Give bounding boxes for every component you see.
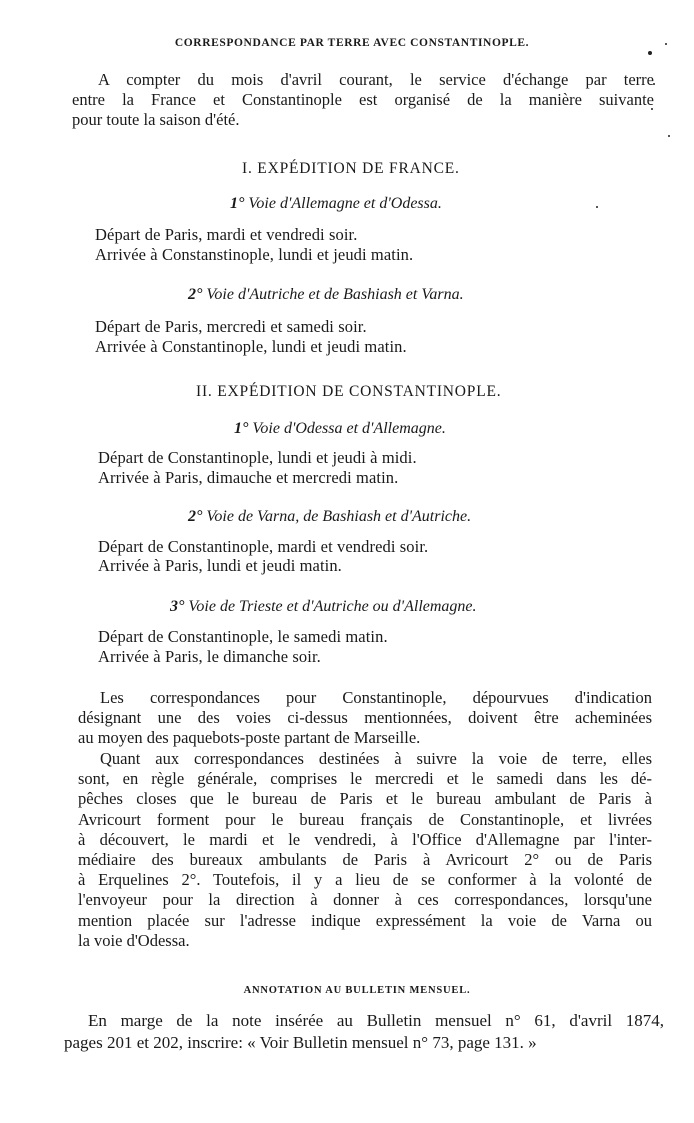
- scan-speck: [665, 43, 667, 45]
- annotation-paragraph: En marge de la note insérée au Bulletin …: [64, 1010, 664, 1054]
- scan-speck: [596, 206, 598, 208]
- paragraph-line: médiaire des bureaux ambulants de Paris …: [78, 850, 652, 870]
- scan-speck: [648, 51, 652, 55]
- paragraph-line: à découvert, le mardi et le vendredi, à …: [78, 830, 652, 850]
- arrival-line: Arrivée à Paris, le dimanche soir.: [98, 647, 321, 667]
- paragraph-line: au moyen des paquebots-poste partant de …: [78, 728, 652, 748]
- departure-line: Départ de Paris, mardi et vendredi soir.: [95, 225, 357, 245]
- route-number: 1°: [230, 195, 244, 212]
- arrival-line: Arrivée à Constanstinople, lundi et jeud…: [95, 245, 413, 265]
- paragraph-default-routing: Les correspondances pour Constantinople,…: [78, 688, 652, 749]
- route-name: Voie de Varna, de Bashiash et d'Autriche…: [206, 508, 471, 525]
- route-name: Voie d'Allemagne et d'Odessa.: [248, 195, 441, 212]
- route-title: 2° Voie de Varna, de Bashiash et d'Autri…: [188, 508, 471, 526]
- scan-speck: [653, 83, 655, 85]
- paragraph-line: pêches closes que le bureau de Paris et …: [78, 789, 652, 809]
- arrival-line: Arrivée à Paris, dimauche et mercredi ma…: [98, 468, 398, 488]
- arrival-line: Arrivée à Paris, lundi et jeudi matin.: [98, 556, 342, 576]
- route-number: 2°: [188, 286, 202, 303]
- section-2-title: II. EXPÉDITION DE CONSTANTINOPLE.: [196, 383, 501, 401]
- running-head: CORRESPONDANCE PAR TERRE AVEC CONSTANTIN…: [0, 37, 694, 49]
- paragraph-line: la voie d'Odessa.: [78, 931, 652, 951]
- arrival-line: Arrivée à Constantinople, lundi et jeudi…: [95, 337, 407, 357]
- intro-paragraph: A compter du mois d'avril courant, le se…: [72, 70, 654, 131]
- document-page: CORRESPONDANCE PAR TERRE AVEC CONSTANTIN…: [0, 0, 694, 1123]
- annotation-line: En marge de la note insérée au Bulletin …: [64, 1010, 664, 1032]
- route-title: 1° Voie d'Allemagne et d'Odessa.: [230, 195, 442, 213]
- departure-line: Départ de Constantinople, mardi et vendr…: [98, 537, 428, 557]
- route-title: 1° Voie d'Odessa et d'Allemagne.: [234, 420, 446, 438]
- section-1-title: I. EXPÉDITION DE FRANCE.: [242, 160, 460, 178]
- route-title: 2° Voie d'Autriche et de Bashiash et Var…: [188, 286, 464, 304]
- paragraph-line: Quant aux correspondances destinées à su…: [78, 749, 652, 769]
- intro-line: entre la France et Constantinople est or…: [72, 90, 654, 110]
- scan-speck: [668, 135, 670, 137]
- paragraph-line: à Erquelines 2°. Toutefois, il y a lieu …: [78, 870, 652, 890]
- route-title: 3° Voie de Trieste et d'Autriche ou d'Al…: [170, 598, 477, 616]
- intro-line: A compter du mois d'avril courant, le se…: [72, 70, 654, 90]
- paragraph-line: mention placée sur l'adresse indique exp…: [78, 911, 652, 931]
- paragraph-line: l'envoyeur pour la direction à donner à …: [78, 890, 652, 910]
- annotation-title: ANNOTATION AU BULLETIN MENSUEL.: [0, 985, 694, 996]
- departure-line: Départ de Constantinople, lundi et jeudi…: [98, 448, 417, 468]
- route-number: 2°: [188, 508, 202, 525]
- route-name: Voie d'Odessa et d'Allemagne.: [252, 420, 445, 437]
- annotation-line: pages 201 et 202, inscrire: « Voir Bulle…: [64, 1032, 664, 1054]
- scan-speck: [651, 108, 653, 110]
- route-name: Voie de Trieste et d'Autriche ou d'Allem…: [188, 598, 476, 615]
- route-name: Voie d'Autriche et de Bashiash et Varna.: [206, 286, 463, 303]
- route-number: 1°: [234, 420, 248, 437]
- paragraph-land-routing: Quant aux correspondances destinées à su…: [78, 749, 652, 951]
- paragraph-line: sont, en règle générale, comprises le me…: [78, 769, 652, 789]
- route-number: 3°: [170, 598, 184, 615]
- paragraph-line: désignant une des voies ci-dessus mentio…: [78, 708, 652, 728]
- departure-line: Départ de Paris, mercredi et samedi soir…: [95, 317, 367, 337]
- departure-line: Départ de Constantinople, le samedi mati…: [98, 627, 388, 647]
- intro-line: pour toute la saison d'été.: [72, 110, 654, 130]
- paragraph-line: Avricourt forment pour le bureau françai…: [78, 810, 652, 830]
- paragraph-line: Les correspondances pour Constantinople,…: [78, 688, 652, 708]
